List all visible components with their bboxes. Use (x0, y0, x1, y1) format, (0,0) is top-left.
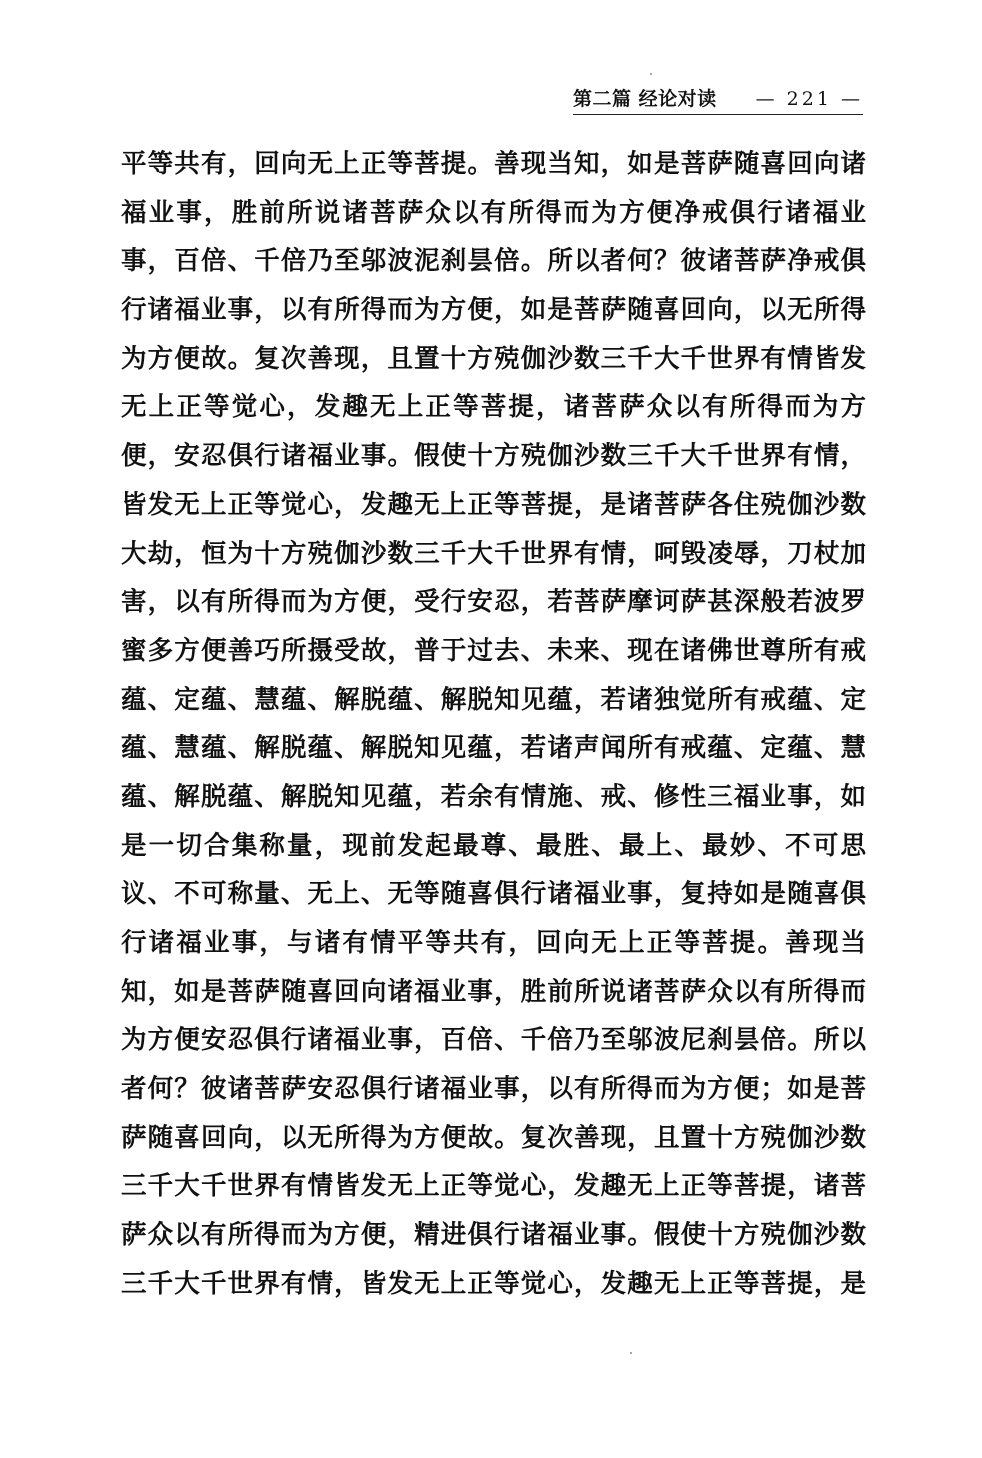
body-text: 平等共有，回向无上正等菩提。善现当知，如是菩萨随喜回向诸 福业事，胜前所说诸菩萨… (121, 140, 866, 1309)
text-line: 蕴、定蕴、慧蕴、解脱蕴、解脱知见蕴，若诸独觉所有戒蕴、定 (121, 676, 866, 725)
text-line: 福业事，胜前所说诸菩萨众以有所得而为方便净戒俱行诸福业 (121, 189, 866, 238)
text-line: 议、不可称量、无上、无等随喜俱行诸福业事，复持如是随喜俱 (121, 870, 866, 919)
text-line: 便，安忍俱行诸福业事。假使十方殑伽沙数三千大千世界有情， (121, 432, 866, 481)
text-line: 为方便故。复次善现，且置十方殑伽沙数三千大千世界有情皆发 (121, 335, 866, 384)
text-line: 蕴、解脱蕴、解脱知见蕴，若余有情施、戒、修性三福业事，如 (121, 773, 866, 822)
running-header: 第二篇 经论对读 — 221 — (573, 86, 863, 115)
text-line: 萨众以有所得而为方便，精进俱行诸福业事。假使十方殑伽沙数 (121, 1211, 866, 1260)
text-line: 三千大千世界有情皆发无上正等觉心，发趣无上正等菩提，诸菩 (121, 1162, 866, 1211)
chapter-title: 第二篇 经论对读 (573, 86, 717, 114)
page-number: — 221 — (756, 86, 863, 114)
text-line: 皆发无上正等觉心，发趣无上正等菩提，是诸菩萨各住殑伽沙数 (121, 481, 866, 530)
text-line: 行诸福业事，与诸有情平等共有，回向无上正等菩提。善现当 (121, 919, 866, 968)
text-line: 平等共有，回向无上正等菩提。善现当知，如是菩萨随喜回向诸 (121, 140, 866, 189)
scan-speck (650, 73, 652, 75)
text-line: 知，如是菩萨随喜回向诸福业事，胜前所说诸菩萨众以有所得而 (121, 968, 866, 1017)
text-line: 为方便安忍俱行诸福业事，百倍、千倍乃至邬波尼刹昙倍。所以 (121, 1016, 866, 1065)
text-line: 行诸福业事，以有所得而为方便，如是菩萨随喜回向，以无所得 (121, 286, 866, 335)
text-line: 无上正等觉心，发趣无上正等菩提，诸菩萨众以有所得而为方 (121, 383, 866, 432)
text-line: 蕴、慧蕴、解脱蕴、解脱知见蕴，若诸声闻所有戒蕴、定蕴、慧 (121, 724, 866, 773)
text-line: 事，百倍、千倍乃至邬波泥刹昙倍。所以者何？彼诸菩萨净戒俱 (121, 237, 866, 286)
text-line: 蜜多方便善巧所摄受故，普于过去、未来、现在诸佛世尊所有戒 (121, 627, 866, 676)
text-line: 三千大千世界有情，皆发无上正等觉心，发趣无上正等菩提，是 (121, 1260, 866, 1309)
text-line: 大劫，恒为十方殑伽沙数三千大千世界有情，呵毁凌辱，刀杖加 (121, 530, 866, 579)
scan-speck (630, 1352, 632, 1354)
text-line: 害，以有所得而为方便，受行安忍，若菩萨摩诃萨甚深般若波罗 (121, 578, 866, 627)
text-line: 者何？彼诸菩萨安忍俱行诸福业事，以有所得而为方便；如是菩 (121, 1065, 866, 1114)
text-line: 是一切合集称量，现前发起最尊、最胜、最上、最妙、不可思 (121, 822, 866, 871)
text-line: 萨随喜回向，以无所得为方便故。复次善现，且置十方殑伽沙数 (121, 1114, 866, 1163)
